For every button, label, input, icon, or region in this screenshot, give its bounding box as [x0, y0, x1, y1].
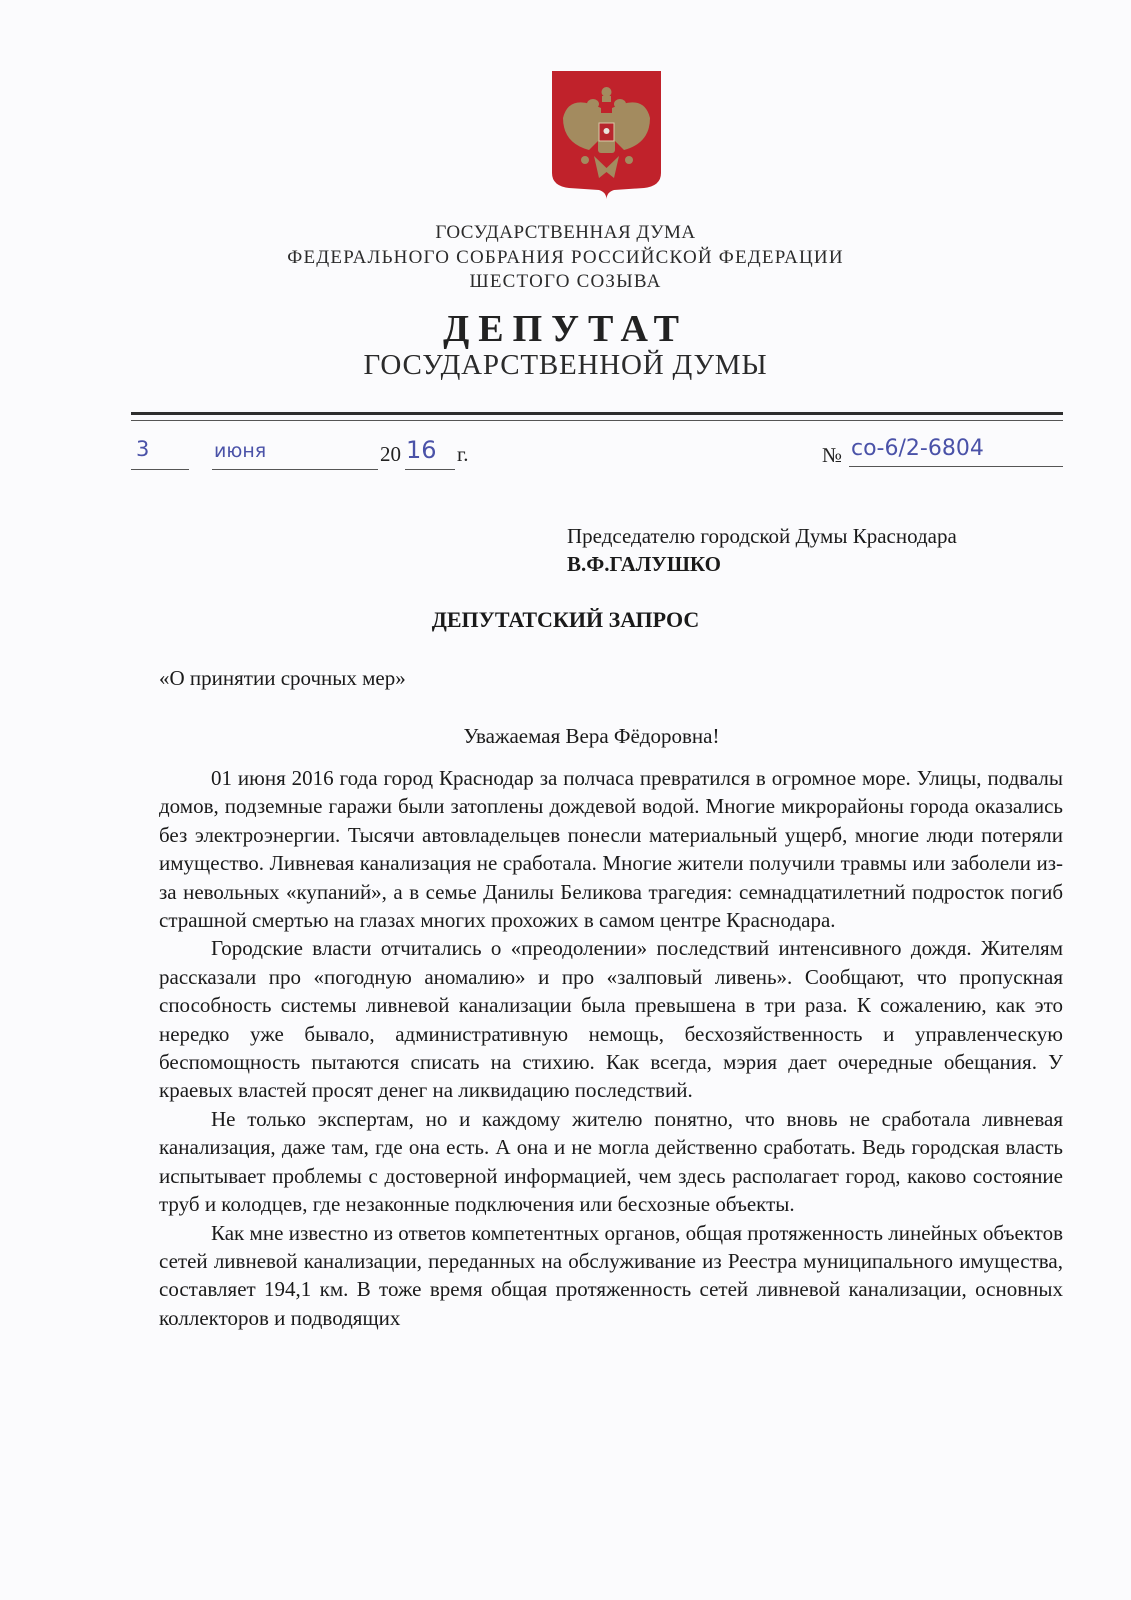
- letterhead-subtitle: ГОСУДАРСТВЕННОЙ ДУМЫ: [0, 349, 1131, 382]
- letterhead-title: ДЕПУТАТ: [0, 307, 1131, 351]
- header-divider-thick: [131, 412, 1063, 415]
- month-underline: [212, 469, 378, 470]
- document-subject: «О принятии срочных мер»: [159, 666, 406, 691]
- date-year-prefix: 20: [380, 442, 401, 467]
- day-underline: [131, 469, 189, 470]
- date-month: июня: [214, 440, 266, 462]
- date-year-unit: г.: [457, 442, 469, 467]
- letterhead-line-1: ГОСУДАРСТВЕННАЯ ДУМА: [0, 222, 1131, 244]
- date-year-suffix: 16: [406, 436, 437, 464]
- header-divider-thin: [131, 420, 1063, 421]
- letter-body: 01 июня 2016 года город Краснодар за пол…: [159, 764, 1063, 1332]
- letterhead-line-3: ШЕСТОГО СОЗЫВА: [0, 271, 1131, 293]
- addressee-position: Председателю городской Думы Краснодара: [567, 522, 957, 550]
- addressee-name: В.Ф.ГАЛУШКО: [567, 550, 957, 578]
- document-title: ДЕПУТАТСКИЙ ЗАПРОС: [0, 607, 1131, 633]
- date-day: 3: [136, 437, 149, 461]
- addressee-block: Председателю городской Думы Краснодара В…: [567, 522, 957, 578]
- letterhead-line-2: ФЕДЕРАЛЬНОГО СОБРАНИЯ РОССИЙСКОЙ ФЕДЕРАЦ…: [0, 247, 1131, 269]
- paragraph-3: Не только экспертам, но и каждому жителю…: [159, 1105, 1063, 1219]
- paragraph-2: Городские власти отчитались о «преодолен…: [159, 934, 1063, 1104]
- number-label: №: [822, 443, 842, 468]
- coat-of-arms-icon: [549, 68, 664, 200]
- paragraph-4: Как мне известно из ответов компетентных…: [159, 1219, 1063, 1333]
- year-underline: [405, 469, 455, 470]
- document-number: со-6/2-6804: [851, 436, 984, 461]
- paragraph-1: 01 июня 2016 года город Краснодар за пол…: [159, 764, 1063, 934]
- salutation: Уважаемая Вера Фёдоровна!: [0, 724, 1131, 749]
- number-underline: [849, 466, 1063, 467]
